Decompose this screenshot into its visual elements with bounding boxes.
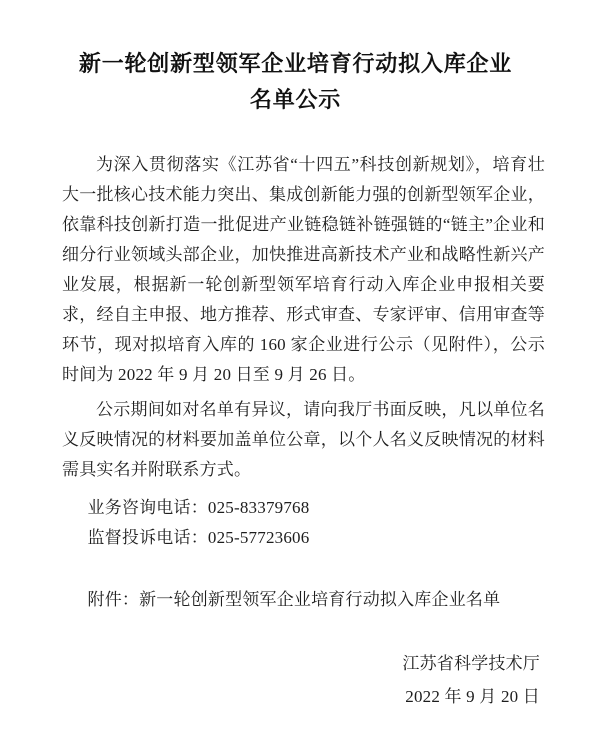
business-phone-line: 业务咨询电话：025-83379768: [62, 493, 545, 523]
supervision-phone-line: 监督投诉电话：025-57723606: [62, 523, 545, 553]
body-paragraph-2: 公示期间如对名单有异议，请向我厅书面反映，凡以单位名义反映情况的材料要加盖单位公…: [62, 395, 545, 485]
document-body: 为深入贯彻落实《江苏省“十四五”科技创新规划》，培育壮大一批核心技术能力突出、集…: [62, 150, 545, 713]
document-title-line1: 新一轮创新型领军企业培育行动拟入库企业: [40, 46, 551, 82]
document-title: 新一轮创新型领军企业培育行动拟入库企业 名单公示: [40, 46, 551, 118]
document-page: 新一轮创新型领军企业培育行动拟入库企业 名单公示 为深入贯彻落实《江苏省“十四五…: [0, 0, 591, 748]
signature-agency: 江苏省科学技术厅: [62, 647, 540, 680]
signature-block: 江苏省科学技术厅 2022 年 9 月 20 日: [62, 647, 545, 713]
signature-date: 2022 年 9 月 20 日: [62, 680, 540, 713]
attachment-line: 附件：新一轮创新型领军企业培育行动拟入库企业名单: [62, 585, 545, 615]
document-title-line2: 名单公示: [40, 82, 551, 118]
body-paragraph-1: 为深入贯彻落实《江苏省“十四五”科技创新规划》，培育壮大一批核心技术能力突出、集…: [62, 150, 545, 390]
